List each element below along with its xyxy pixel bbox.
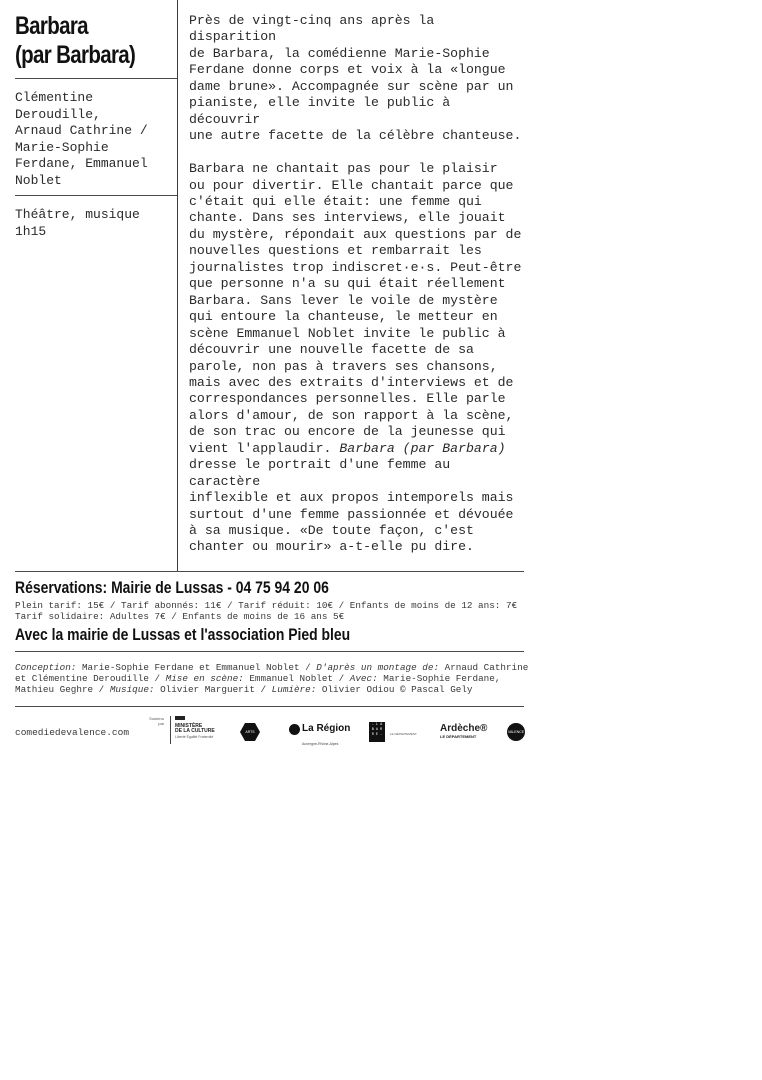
distribution-line: et Clémentine Deroudille / Mise en scène…	[15, 673, 535, 684]
role-label: Conception:	[15, 662, 76, 673]
credit-line: Marie-Sophie	[15, 140, 175, 157]
reservations-divider	[15, 571, 524, 572]
role-value: Olivier Marguerit /	[154, 684, 271, 695]
distribution-credits: Conception: Marie-Sophie Ferdane et Emma…	[15, 662, 535, 696]
credit-line: Deroudille,	[15, 107, 175, 124]
show-title-line2: (par Barbara)	[15, 41, 146, 70]
description-text: dresse le portrait d'une femme au caract…	[189, 457, 513, 554]
role-value: Marie-Sophie Ferdane et Emmanuel Noblet …	[76, 662, 316, 673]
distribution-divider	[15, 651, 524, 652]
role-value: Olivier Odiou © Pascal Gely	[316, 684, 472, 695]
ministere-culture-logo: MINISTÈRE DE LA CULTURE Liberté Égalité …	[170, 716, 215, 744]
show-title-italic: Barbara (par Barbara)	[339, 441, 505, 456]
credit-line: Ferdane, Emmanuel	[15, 156, 175, 173]
credit-line: Arnaud Cathrine /	[15, 123, 175, 140]
region-logo: La Région Auvergne-Rhône-Alpes	[289, 724, 350, 746]
logo-text: LE DÉPARTEMENT	[440, 734, 487, 739]
genre-label: Théâtre, musique	[15, 207, 175, 224]
title-divider	[15, 78, 177, 79]
duration-label: 1h15	[15, 224, 175, 241]
logo-text: Liberté Égalité Fraternité	[175, 735, 215, 739]
show-info: Théâtre, musique 1h15	[15, 207, 175, 240]
partners-heading: Avec la mairie de Lussas et l'associatio…	[15, 625, 350, 645]
role-value: Mathieu Geghre /	[15, 684, 110, 695]
role-label: Avec:	[350, 673, 378, 684]
role-value: Arnaud Cathrine	[439, 662, 528, 673]
role-value: et Clémentine Deroudille /	[15, 673, 166, 684]
role-value: Marie-Sophie Ferdane,	[378, 673, 501, 684]
logo-text: La Région	[302, 724, 350, 734]
reservations-heading: Réservations: Mairie de Lussas - 04 75 9…	[15, 578, 329, 598]
description: Près de vingt-cinq ans après la disparit…	[189, 13, 529, 572]
credit-line: Clémentine	[15, 90, 175, 107]
region-emblem-icon	[289, 724, 300, 735]
pricing-line: Tarif solidaire: Adultes 7€ / Enfants de…	[15, 612, 535, 623]
logo-text: Ardèche®	[440, 724, 487, 734]
credit-line: Noblet	[15, 173, 175, 190]
logo-text: Auvergne-Rhône-Alpes	[302, 742, 350, 746]
valence-logo: VALENCE	[507, 723, 525, 741]
distribution-line: Mathieu Geghre / Musique: Olivier Margue…	[15, 684, 535, 695]
description-paragraph-2: Barbara ne chantait pas pour le plaisir …	[189, 161, 529, 556]
pricing: Plein tarif: 15€ / Tarif abonnés: 11€ / …	[15, 601, 535, 622]
logo-text: DE LA CULTURE	[175, 729, 215, 735]
credits-divider	[15, 195, 177, 196]
marianne-flag-icon	[175, 716, 185, 720]
role-label: Mise en scène:	[166, 673, 244, 684]
description-text: Barbara ne chantait pas pour le plaisir …	[189, 161, 521, 456]
pricing-line: Plein tarif: 15€ / Tarif abonnés: 11€ / …	[15, 601, 535, 612]
la-barre-logo: - L A B A R R E -	[369, 722, 385, 742]
ardeche-logo: Ardèche® LE DÉPARTEMENT	[440, 724, 487, 739]
authors-credits: Clémentine Deroudille, Arnaud Cathrine /…	[15, 90, 175, 189]
column-divider	[177, 0, 178, 571]
program-sheet: Barbara (par Barbara) Clémentine Deroudi…	[0, 0, 762, 1080]
soutenu-par-label: Soutenu par	[146, 716, 164, 726]
website-link[interactable]: comediedevalence.com	[15, 727, 129, 739]
show-title: Barbara (par Barbara)	[15, 12, 146, 70]
distribution-line: Conception: Marie-Sophie Ferdane et Emma…	[15, 662, 535, 673]
la-barre-subtext: LE DÉPARTEMENT	[390, 732, 417, 736]
role-label: Lumière:	[272, 684, 317, 695]
footer-divider	[15, 706, 524, 707]
role-value: Emmanuel Noblet /	[244, 673, 350, 684]
role-label: Musique:	[110, 684, 155, 695]
role-label: D'après un montage de:	[316, 662, 439, 673]
hexagon-partner-logo: ARTS VIVANTS	[240, 723, 260, 741]
description-paragraph-1: Près de vingt-cinq ans après la disparit…	[189, 13, 529, 145]
show-title-line1: Barbara	[15, 12, 146, 41]
